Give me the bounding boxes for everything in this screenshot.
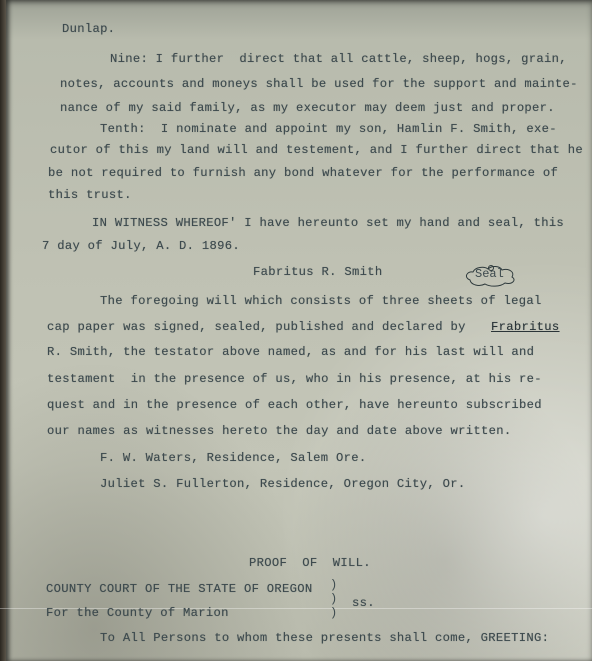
witness-date: 7 day of July, A. D. 1896.	[42, 239, 240, 253]
attestation-line-5: quest and in the presence of each other,…	[47, 398, 542, 412]
scilicet-ss: ss.	[352, 596, 375, 610]
clause-nine-cont-1: notes, accounts and moneys shall be used…	[60, 77, 578, 91]
brace-middle: )	[330, 592, 337, 606]
witness-fullerton: Juliet S. Fullerton, Residence, Oregon C…	[100, 477, 465, 491]
attestation-line-3: R. Smith, the testator above named, as a…	[47, 345, 534, 359]
attestation-line-4: testament in the presence of us, who in …	[47, 372, 542, 386]
clause-tenth-cont-2: be not required to furnish any bond what…	[48, 166, 558, 180]
line-dunlap: Dunlap.	[62, 22, 115, 36]
seal-label: Seal	[475, 267, 504, 281]
proof-of-will-heading: PROOF OF WILL.	[249, 556, 371, 570]
clause-nine-cont-2: nance of my said family, as my executor …	[60, 101, 555, 115]
seal-mark: Seal	[462, 264, 522, 286]
witness-clause: IN WITNESS WHEREOF' I have hereunto set …	[92, 216, 564, 230]
brace-bottom: )	[330, 606, 337, 620]
testator-signature: Fabritus R. Smith	[253, 265, 382, 279]
clause-tenth: Tenth: I nominate and appoint my son, Ha…	[100, 122, 557, 136]
brace-top: )	[330, 578, 337, 592]
clause-tenth-cont-1: cutor of this my land will and testement…	[50, 143, 583, 157]
attestation-line-1: The foregoing will which consists of thr…	[100, 294, 542, 308]
county-name: For the County of Marion	[46, 606, 229, 620]
attestation-line-2: cap paper was signed, sealed, published …	[47, 320, 473, 334]
attestation-line-6: our names as witnesses hereto the day an…	[47, 424, 511, 438]
attestation-name-underlined: Frabritus	[491, 320, 560, 334]
witness-waters: F. W. Waters, Residence, Salem Ore.	[100, 451, 366, 465]
greeting-line: To All Persons to whom these presents sh…	[100, 631, 549, 645]
clause-tenth-cont-3: this trust.	[48, 188, 132, 202]
court-name: COUNTY COURT OF THE STATE OF OREGON	[46, 582, 312, 596]
clause-nine: Nine: I further direct that all cattle, …	[110, 52, 567, 66]
